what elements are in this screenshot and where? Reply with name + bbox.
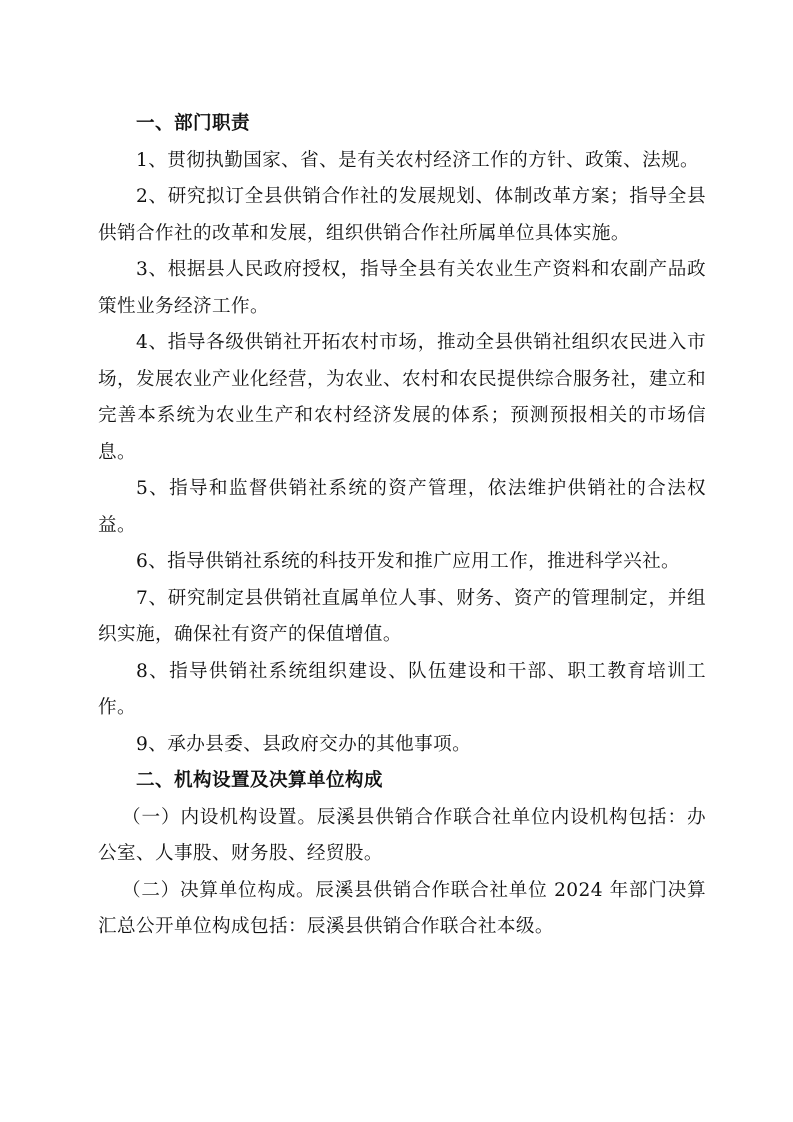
section-heading-duties: 一、部门职责 <box>98 106 706 143</box>
duty-item-5: 5、指导和监督供销社系统的资产管理，依法维护供销社的合法权益。 <box>98 471 706 544</box>
duty-item-4: 4、指导各级供销社开拓农村市场，推动全县供销社组织农民进入市场，发展农业产业化经… <box>98 325 706 471</box>
duty-item-2: 2、研究拟订全县供销合作社的发展规划、体制改革方案；指导全县供销合作社的改革和发… <box>98 179 706 252</box>
structure-item-units: （二）决算单位构成。辰溪县供销合作联合社单位 2024 年部门决算汇总公开单位构… <box>98 873 706 946</box>
duty-item-6: 6、指导供销社系统的科技开发和推广应用工作，推进科学兴社。 <box>98 544 706 581</box>
section-heading-structure: 二、机构设置及决算单位构成 <box>98 763 706 800</box>
duty-item-7: 7、研究制定县供销社直属单位人事、财务、资产的管理制定，并组织实施，确保社有资产… <box>98 581 706 654</box>
structure-item-internal: （一）内设机构设置。辰溪县供销合作联合社单位内设机构包括：办公室、人事股、财务股… <box>98 800 706 873</box>
duty-item-1: 1、贯彻执勤国家、省、是有关农村经济工作的方针、政策、法规。 <box>98 143 706 180</box>
duty-item-3: 3、根据县人民政府授权，指导全县有关农业生产资料和农副产品政策性业务经济工作。 <box>98 252 706 325</box>
duty-item-8: 8、指导供销社系统组织建设、队伍建设和干部、职工教育培训工作。 <box>98 654 706 727</box>
duty-item-9: 9、承办县委、县政府交办的其他事项。 <box>98 727 706 764</box>
document-page: 一、部门职责 1、贯彻执勤国家、省、是有关农村经济工作的方针、政策、法规。 2、… <box>98 106 706 946</box>
